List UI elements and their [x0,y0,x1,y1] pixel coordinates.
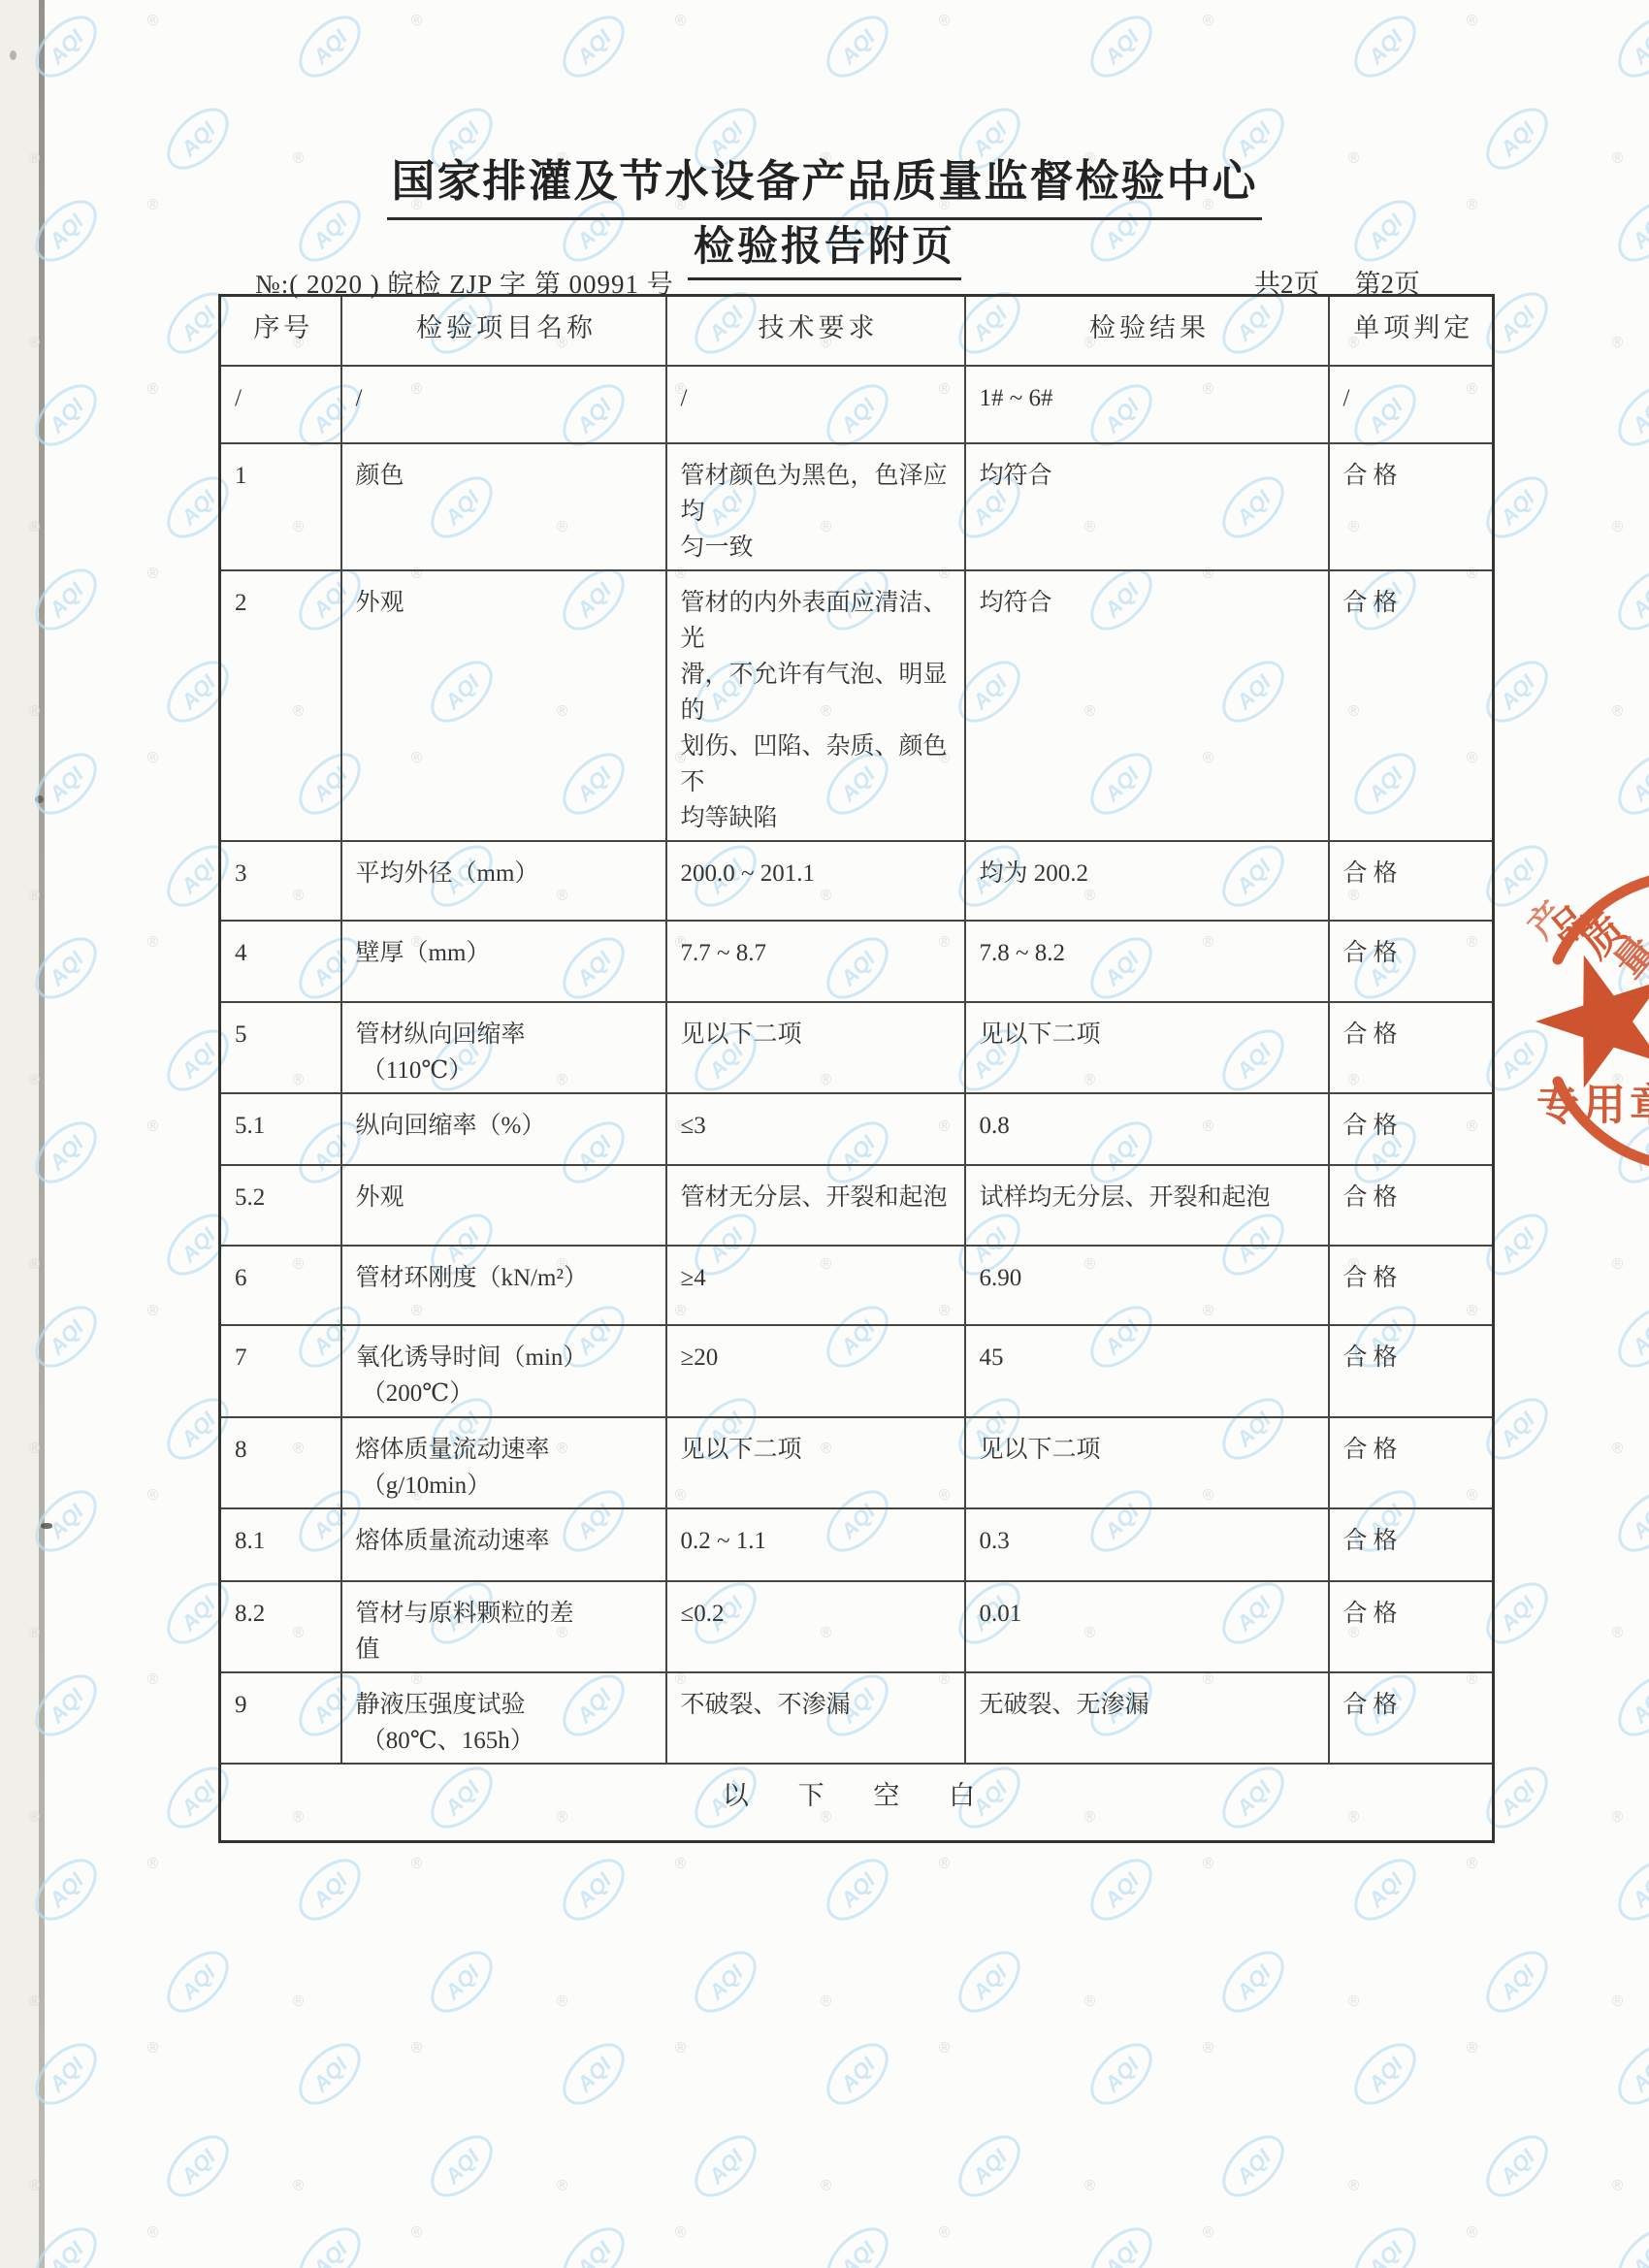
cell-verdict: 合格 [1329,1002,1494,1093]
cell-requirement: 见以下二项 [666,1417,965,1508]
cell-verdict: 合格 [1329,1165,1494,1246]
cell-item-name: 静液压强度试验 （80℃、165h） [341,1672,666,1764]
inspection-results-table: 序号 检验项目名称 技术要求 检验结果 单项判定 / / / 1# ~ 6# /… [218,294,1495,1843]
table-row: 2 外观 管材的内外表面应清洁、光 滑，不允许有气泡、明显的 划伤、凹陷、杂质、… [220,570,1494,841]
table-row: 6 管材环刚度（kN/m²） ≥4 6.90 合格 [220,1246,1494,1325]
table-row: / / / 1# ~ 6# / [220,366,1494,443]
cell-seq: 6 [220,1246,341,1325]
cell-item-name: 纵向回缩率（%） [341,1093,666,1165]
cell-verdict: / [1329,366,1494,443]
column-header-verdict: 单项判定 [1329,296,1494,366]
table-footer-row: 以 下 空 白 [220,1764,1494,1842]
cell-item-name: 管材纵向回缩率 （110℃） [341,1002,666,1093]
cell-result: 45 [965,1325,1329,1417]
cell-requirement: 管材颜色为黑色，色泽应均 匀一致 [666,443,965,570]
cell-item-name: 外观 [341,570,666,841]
cell-seq: 3 [220,841,341,921]
cell-result: 见以下二项 [965,1417,1329,1508]
cell-item-name: 壁厚（mm） [341,921,666,1002]
column-header-requirement: 技术要求 [666,296,965,366]
cell-item-name: 外观 [341,1165,666,1246]
cell-verdict: 合格 [1329,841,1494,921]
cell-result: 1# ~ 6# [965,366,1329,443]
cell-item-name: 熔体质量流动速率 （g/10min） [341,1417,666,1508]
cell-seq: 5.2 [220,1165,341,1246]
cell-verdict: 合格 [1329,921,1494,1002]
table-row: 4 壁厚（mm） 7.7 ~ 8.7 7.8 ~ 8.2 合格 [220,921,1494,1002]
cell-result: 均符合 [965,570,1329,841]
cell-requirement: 200.0 ~ 201.1 [666,841,965,921]
cell-requirement: 管材无分层、开裂和起泡 [666,1165,965,1246]
org-title-text: 国家排灌及节水设备产品质量监督检验中心 [387,146,1261,220]
cell-result: 无破裂、无渗漏 [965,1672,1329,1764]
table-row: 5.1 纵向回缩率（%） ≤3 0.8 合格 [220,1093,1494,1165]
cell-result: 0.3 [965,1508,1329,1581]
cell-result: 均为 200.2 [965,841,1329,921]
cell-verdict: 合格 [1329,1246,1494,1325]
cell-seq: 5 [220,1002,341,1093]
blank-space-note: 以 下 空 白 [220,1764,1494,1842]
cell-requirement: ≤3 [666,1093,965,1165]
table-row: 8.2 管材与原料颗粒的差 值 ≤0.2 0.01 合格 [220,1581,1494,1672]
cell-seq: 9 [220,1672,341,1764]
cell-requirement: ≥20 [666,1325,965,1417]
cell-item-name: / [341,366,666,443]
column-header-seq: 序号 [220,296,341,366]
cell-seq: 4 [220,921,341,1002]
column-header-result: 检验结果 [965,296,1329,366]
cell-requirement: / [666,366,965,443]
cell-seq: 8 [220,1417,341,1508]
cell-requirement: 见以下二项 [666,1002,965,1093]
page-title: 国家排灌及节水设备产品质量监督检验中心 [0,146,1649,220]
cell-requirement: 7.7 ~ 8.7 [666,921,965,1002]
cell-verdict: 合格 [1329,1325,1494,1417]
cell-item-name: 熔体质量流动速率 [341,1508,666,1581]
table-row: 5 管材纵向回缩率 （110℃） 见以下二项 见以下二项 合格 [220,1002,1494,1093]
cell-verdict: 合格 [1329,570,1494,841]
table-row: 9 静液压强度试验 （80℃、165h） 不破裂、不渗漏 无破裂、无渗漏 合格 [220,1672,1494,1764]
cell-item-name: 颜色 [341,443,666,570]
cell-verdict: 合格 [1329,1581,1494,1672]
cell-seq: 5.1 [220,1093,341,1165]
table-row: 8.1 熔体质量流动速率 0.2 ~ 1.1 0.3 合格 [220,1508,1494,1581]
cell-seq: / [220,366,341,443]
cell-item-name: 氧化诱导时间（min） （200℃） [341,1325,666,1417]
cell-verdict: 合格 [1329,1508,1494,1581]
cell-verdict: 合格 [1329,443,1494,570]
cell-item-name: 平均外径（mm） [341,841,666,921]
table-row: 8 熔体质量流动速率 （g/10min） 见以下二项 见以下二项 合格 [220,1417,1494,1508]
table-row: 1 颜色 管材颜色为黑色，色泽应均 匀一致 均符合 合格 [220,443,1494,570]
table-header-row: 序号 检验项目名称 技术要求 检验结果 单项判定 [220,296,1494,366]
cell-result: 见以下二项 [965,1002,1329,1093]
column-header-item-name: 检验项目名称 [341,296,666,366]
cell-seq: 2 [220,570,341,841]
cell-requirement: ≤0.2 [666,1581,965,1672]
cell-verdict: 合格 [1329,1672,1494,1764]
table-row: 7 氧化诱导时间（min） （200℃） ≥20 45 合格 [220,1325,1494,1417]
stamp-label: 专用章 [1536,1081,1649,1129]
cell-verdict: 合格 [1329,1093,1494,1165]
cell-requirement: 0.2 ~ 1.1 [666,1508,965,1581]
cell-seq: 8.1 [220,1508,341,1581]
table-row: 3 平均外径（mm） 200.0 ~ 201.1 均为 200.2 合格 [220,841,1494,921]
cell-seq: 7 [220,1325,341,1417]
doc-subtitle-text: 检验报告附页 [688,214,961,280]
cell-result: 0.8 [965,1093,1329,1165]
table-row: 5.2 外观 管材无分层、开裂和起泡 试样均无分层、开裂和起泡 合格 [220,1165,1494,1246]
official-seal-stamp: 产 品 质 量 专用章 [1474,834,1649,1251]
cell-item-name: 管材与原料颗粒的差 值 [341,1581,666,1672]
cell-result: 7.8 ~ 8.2 [965,921,1329,1002]
cell-result: 6.90 [965,1246,1329,1325]
cell-result: 试样均无分层、开裂和起泡 [965,1165,1329,1246]
cell-requirement: 管材的内外表面应清洁、光 滑，不允许有气泡、明显的 划伤、凹陷、杂质、颜色不 均… [666,570,965,841]
cell-requirement: ≥4 [666,1246,965,1325]
cell-seq: 1 [220,443,341,570]
cell-requirement: 不破裂、不渗漏 [666,1672,965,1764]
cell-verdict: 合格 [1329,1417,1494,1508]
cell-result: 均符合 [965,443,1329,570]
cell-item-name: 管材环刚度（kN/m²） [341,1246,666,1325]
cell-seq: 8.2 [220,1581,341,1672]
cell-result: 0.01 [965,1581,1329,1672]
